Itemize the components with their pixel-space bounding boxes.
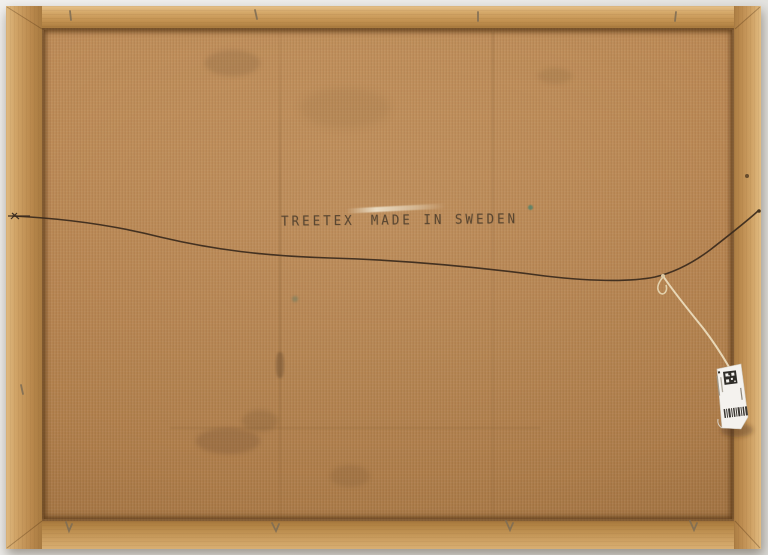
crease-line	[492, 32, 494, 332]
paint-speck	[292, 296, 298, 302]
stain-smudge	[538, 68, 572, 84]
crease-line	[279, 32, 281, 518]
photo-back-of-framed-picture: TREETEX MADE IN SWEDEN	[0, 0, 768, 555]
stain-smudge	[205, 50, 260, 76]
stain-smudge	[330, 465, 370, 487]
stamp-brand: TREETEX	[281, 212, 355, 229]
frame-rail-top	[6, 6, 761, 28]
paint-speck	[528, 205, 533, 210]
stamp-origin: MADE IN SWEDEN	[371, 210, 519, 228]
stain-smudge	[276, 352, 284, 378]
frame-rail-bottom	[6, 521, 761, 549]
stain-smudge	[300, 88, 390, 128]
stain-smudge	[242, 410, 278, 432]
stain-smudge	[196, 428, 260, 454]
stamp-text: TREETEX MADE IN SWEDEN	[281, 210, 518, 229]
frame-rail-left	[6, 6, 42, 549]
crease-line	[492, 332, 494, 517]
frame-rail-right	[734, 6, 761, 549]
